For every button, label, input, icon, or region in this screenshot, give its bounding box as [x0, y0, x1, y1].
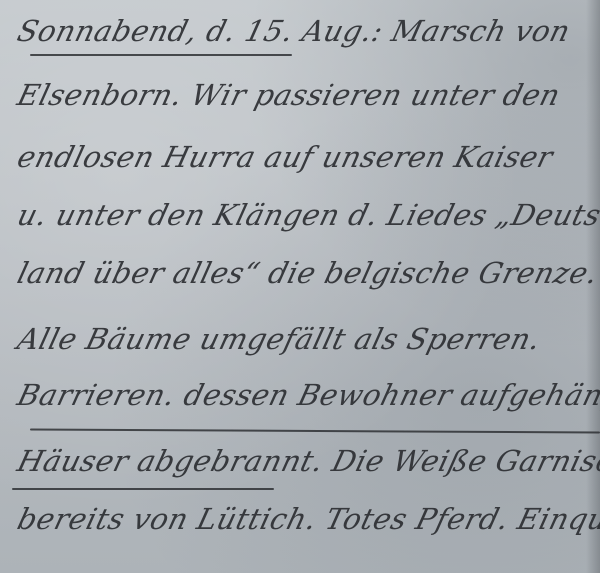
underline-date: [30, 54, 292, 56]
text-line-4: u. unter den Klängen d. Liedes „Deutsch-: [14, 198, 600, 232]
underline-haeuser: [12, 488, 274, 490]
text-line-5: land über alles“ die belgische Grenze.: [14, 256, 600, 290]
underline-barrieren: [30, 429, 600, 434]
text-line-7: Barrieren. dessen Bewohner aufgehängt: [14, 378, 600, 412]
text-line-6: Alle Bäume umgefällt als Sperren.: [14, 322, 544, 356]
document-page: Sonnabend, d. 15. Aug.: Marsch von Elsen…: [0, 0, 600, 573]
text-line-1: Sonnabend, d. 15. Aug.: Marsch von: [14, 14, 574, 48]
text-line-9: bereits von Lüttich. Totes Pferd. Einqua…: [14, 502, 600, 536]
text-line-8: Häuser abgebrannt. Die Weiße Garnison: [14, 444, 600, 478]
text-line-2: Elsenborn. Wir passieren unter den: [14, 78, 564, 112]
text-line-3: endlosen Hurra auf unseren Kaiser: [14, 140, 557, 174]
